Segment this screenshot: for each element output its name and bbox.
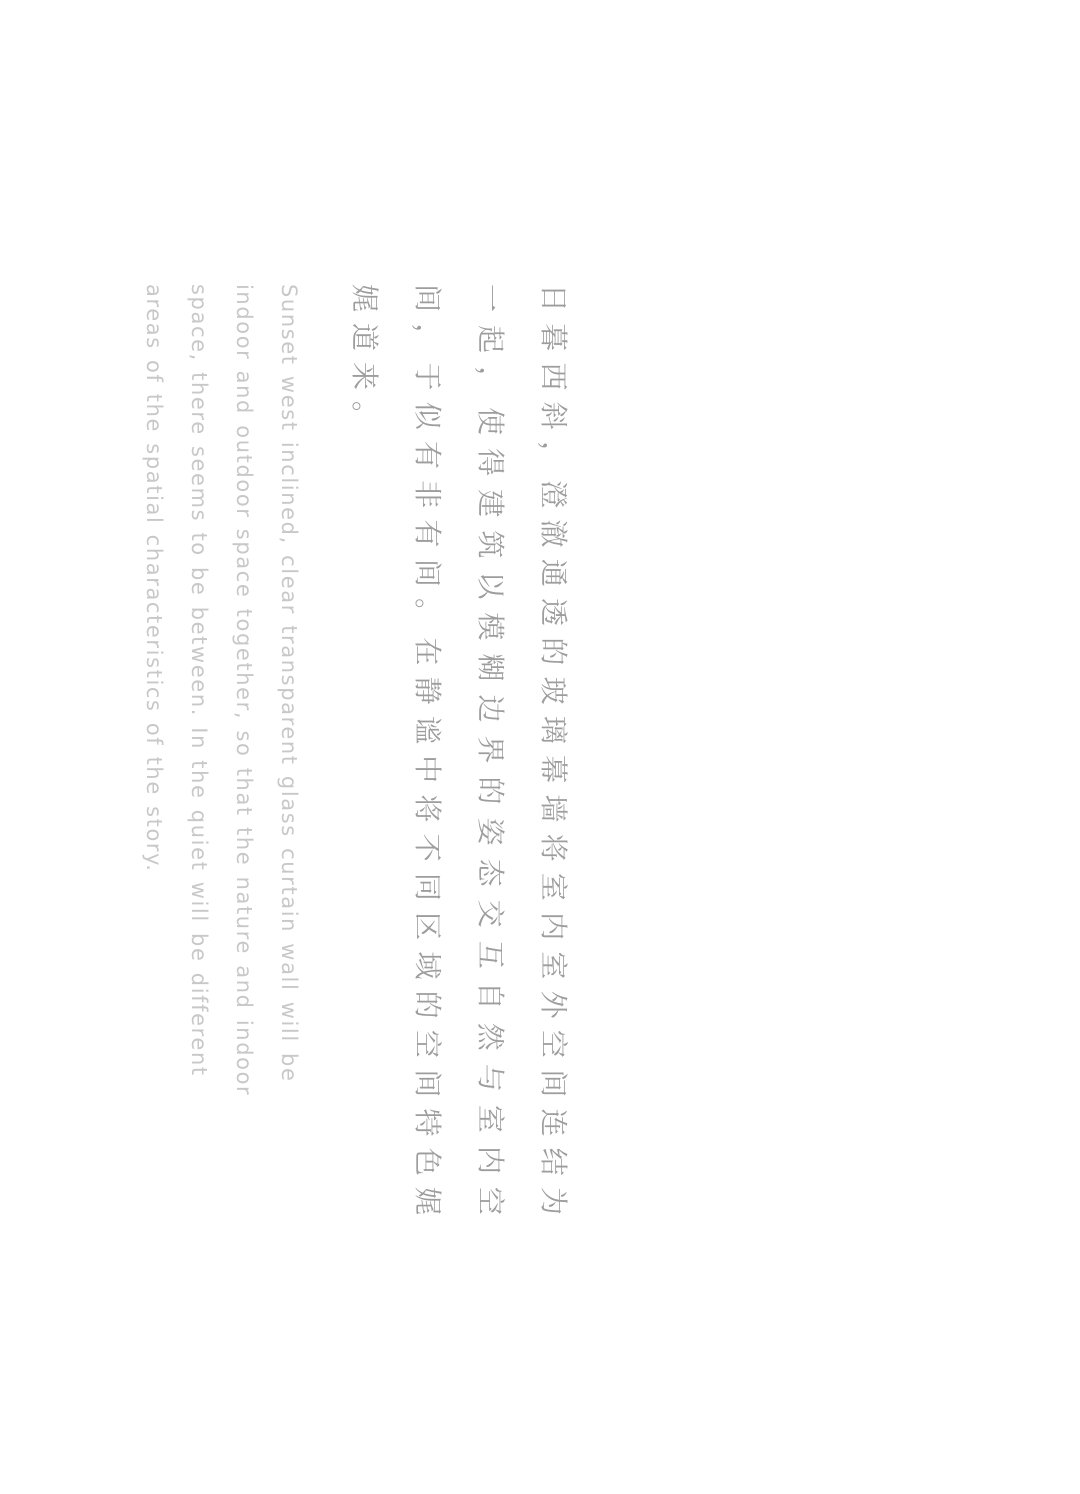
article-page: { "page": { "background_color": "#ffffff… (0, 0, 1080, 1494)
english-line-4: areas of the spatial characteristics of … (131, 284, 176, 1226)
chinese-line-4: 娓道来。 (333, 284, 396, 1226)
english-line-2: indoor and outdoor space together, so th… (221, 284, 266, 1226)
rotated-text-block: 日暮西斜，澄澈通透的玻璃幕墙将室内室外空间连结为 一起，使得建筑以模糊边界的姿态… (127, 284, 585, 1226)
english-line-3: space, there seems to be between. In the… (176, 284, 221, 1226)
chinese-line-2: 一起，使得建筑以模糊边界的姿态交互自然与室内空 (459, 284, 522, 1226)
english-paragraph: Sunset west inclined, clear transparent … (131, 284, 311, 1226)
chinese-line-1: 日暮西斜，澄澈通透的玻璃幕墙将室内室外空间连结为 (522, 284, 585, 1226)
chinese-paragraph: 日暮西斜，澄澈通透的玻璃幕墙将室内室外空间连结为 一起，使得建筑以模糊边界的姿态… (333, 284, 585, 1226)
english-line-1: Sunset west inclined, clear transparent … (266, 284, 311, 1226)
chinese-line-3: 间，于似有非有间。在静谧中将不同区域的空间特色娓 (396, 284, 459, 1226)
